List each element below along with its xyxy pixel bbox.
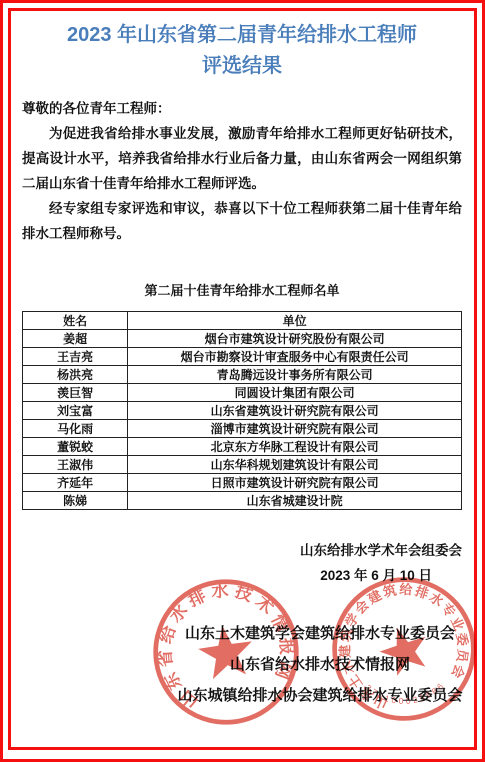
cell-unit: 山东华科规划建筑设计有限公司 — [128, 456, 462, 474]
cell-name: 姜超 — [23, 330, 128, 348]
issuing-organizations: 山东土木建筑学会建筑给排水专业委员会 山东省给水排水技术情报网 山东城镇给排水协… — [170, 618, 470, 711]
winners-table: 姓名 单位 姜超烟台市建筑设计研究股份有限公司王吉亮烟台市勘察设计审查服务中心有… — [22, 311, 462, 510]
cell-unit: 山东省城建设计院 — [128, 492, 462, 510]
page-title-line1: 2023 年山东省第二届青年给排水工程师 — [22, 20, 462, 51]
document-content: 2023 年山东省第二届青年给排水工程师 评选结果 尊敬的各位青年工程师： 为促… — [22, 14, 462, 711]
table-caption: 第二届十佳青年给排水工程师名单 — [22, 280, 462, 299]
table-row: 王淑伟山东华科规划建筑设计有限公司 — [23, 456, 462, 474]
paragraph-1: 为促进我省给排水事业发展，激励青年给排水工程师更好钻研技术，提高设计水平，培养我… — [22, 121, 462, 196]
table-row: 陈娣山东省城建设计院 — [23, 492, 462, 510]
signature-date: 2023 年 6 月 10 日 — [22, 563, 462, 588]
cell-name: 王淑伟 — [23, 456, 128, 474]
signature-org: 山东给排水学术年会组委会 — [22, 538, 462, 563]
table-row: 齐延年日照市建筑设计研究院有限公司 — [23, 474, 462, 492]
cell-unit: 淄博市建筑设计研究院有限公司 — [128, 420, 462, 438]
cell-unit: 烟台市建筑设计研究股份有限公司 — [128, 330, 462, 348]
table-row: 姜超烟台市建筑设计研究股份有限公司 — [23, 330, 462, 348]
org-line-3: 山东城镇给排水协会建筑给排水专业委员会 — [170, 680, 470, 711]
paragraph-2: 经专家组专家评选和审议，恭喜以下十位工程师获第二届十佳青年给排水工程师称号。 — [22, 196, 462, 246]
cell-unit: 青岛腾远设计事务所有限公司 — [128, 366, 462, 384]
table-row: 马化雨淄博市建筑设计研究院有限公司 — [23, 420, 462, 438]
org-line-2: 山东省给水排水技术情报网 — [170, 649, 470, 680]
cell-name: 羡巨智 — [23, 384, 128, 402]
cell-unit: 北京东方华脉工程设计有限公司 — [128, 438, 462, 456]
table-row: 杨洪亮青岛腾远设计事务所有限公司 — [23, 366, 462, 384]
cell-unit: 日照市建筑设计研究院有限公司 — [128, 474, 462, 492]
page-title-line2: 评选结果 — [22, 51, 462, 82]
salutation: 尊敬的各位青年工程师： — [22, 96, 462, 121]
table-row: 董锐蛟北京东方华脉工程设计有限公司 — [23, 438, 462, 456]
table-row: 刘宝富山东省建筑设计研究院有限公司 — [23, 402, 462, 420]
cell-name: 陈娣 — [23, 492, 128, 510]
cell-unit: 同圆设计集团有限公司 — [128, 384, 462, 402]
cell-unit: 烟台市勘察设计审查服务中心有限责任公司 — [128, 348, 462, 366]
table-header-unit: 单位 — [128, 312, 462, 330]
cell-name: 齐延年 — [23, 474, 128, 492]
signature-block: 山东给排水学术年会组委会 2023 年 6 月 10 日 — [22, 538, 462, 588]
table-row: 羡巨智同圆设计集团有限公司 — [23, 384, 462, 402]
winners-table-body: 姜超烟台市建筑设计研究股份有限公司王吉亮烟台市勘察设计审查服务中心有限责任公司杨… — [23, 330, 462, 510]
cell-name: 王吉亮 — [23, 348, 128, 366]
table-header-row: 姓名 单位 — [23, 312, 462, 330]
cell-unit: 山东省建筑设计研究院有限公司 — [128, 402, 462, 420]
cell-name: 董锐蛟 — [23, 438, 128, 456]
announcement-page: 2023 年山东省第二届青年给排水工程师 评选结果 尊敬的各位青年工程师： 为促… — [0, 0, 485, 762]
table-header-name: 姓名 — [23, 312, 128, 330]
cell-name: 马化雨 — [23, 420, 128, 438]
cell-name: 刘宝富 — [23, 402, 128, 420]
cell-name: 杨洪亮 — [23, 366, 128, 384]
table-row: 王吉亮烟台市勘察设计审查服务中心有限责任公司 — [23, 348, 462, 366]
org-line-1: 山东土木建筑学会建筑给排水专业委员会 — [170, 618, 470, 649]
page-title: 2023 年山东省第二届青年给排水工程师 评选结果 — [22, 20, 462, 82]
